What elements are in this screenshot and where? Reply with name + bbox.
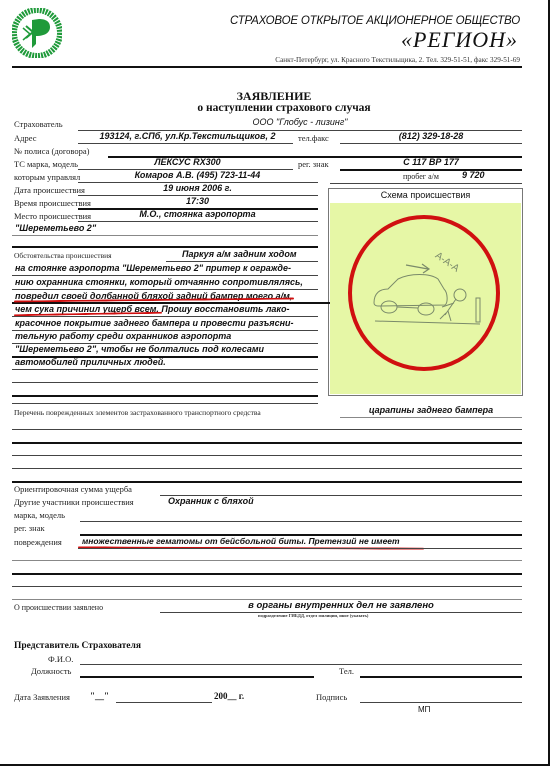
time-value[interactable]: 17:30: [80, 196, 315, 206]
participants-value[interactable]: Охранник с бляхой: [168, 496, 254, 506]
policy-label: № полиса (договора): [14, 146, 89, 156]
circumstances-line-9[interactable]: автомобилей приличных людей.: [15, 357, 166, 367]
header-divider: [12, 66, 522, 68]
insurer-label: Страхователь: [14, 119, 63, 129]
stamp-label: МП: [418, 705, 430, 714]
date-value[interactable]: 19 июня 2006 г.: [80, 183, 315, 193]
damage-label: Перечень поврежденных элементов застрахо…: [14, 408, 261, 417]
fio-label: Ф.И.О.: [48, 654, 73, 664]
place-value-continued[interactable]: "Шереметьево 2": [15, 223, 96, 233]
insurer-value[interactable]: ООО "Глобус - лизинг": [80, 117, 520, 127]
tel-line: [360, 676, 522, 678]
driver-value[interactable]: Комаров А.В. (495) 723-11-44: [80, 170, 315, 180]
phone-value[interactable]: (812) 329-18-28: [340, 131, 522, 141]
sum-label: Ориентировочная сумма ущерба: [14, 484, 132, 494]
phone-label: тел.факс: [298, 133, 329, 143]
insurance-claim-form: СТРАХОВОЕ ОТКРЫТОЕ АКЦИОНЕРНОЕ ОБЩЕСТВО …: [0, 0, 550, 766]
mileage-line: [330, 183, 522, 184]
company-address: Санкт-Петербург, ул. Красного Текстильщи…: [275, 56, 520, 64]
fio-line: [80, 664, 522, 665]
representative-heading: Представитель Страхователя: [14, 641, 141, 651]
circumstances-line-8[interactable]: "Шереметьево 2", чтобы не болтались под …: [15, 344, 264, 354]
driver-label: которым управлял: [14, 172, 80, 182]
tel-label: Тел.: [339, 666, 354, 676]
other-reg-label: рег. знак: [14, 523, 45, 533]
circumstances-rule-5: [12, 316, 318, 317]
other-rule-1: [12, 560, 522, 561]
participants-label: Другие участники происшествия: [14, 497, 134, 507]
other-rule-2: [12, 573, 522, 575]
damage-top-line: [12, 403, 318, 404]
address-line: [78, 143, 293, 144]
mileage-value[interactable]: 9 720: [462, 170, 485, 180]
damage-value-line: [340, 417, 522, 418]
circumstances-label: Обстоятельства происшествия: [14, 251, 112, 260]
circumstances-line-2[interactable]: на стоянке аэропорта "Шереметьево 2" при…: [15, 263, 291, 273]
circumstances-rule-2: [12, 275, 318, 276]
circumstances-top-line: [12, 246, 318, 248]
damage-rule-3: [12, 455, 522, 456]
reported-label: О происшествии заявлено: [14, 603, 103, 612]
signature-label: Подпись: [316, 692, 347, 702]
reg-value[interactable]: С 117 ВР 177: [340, 157, 522, 167]
other-rule-3: [12, 586, 522, 587]
vehicle-label: ТС марка, модель: [14, 159, 78, 169]
reg-label: рег. знак: [298, 159, 329, 169]
circumstances-rule-11: [12, 395, 318, 397]
other-model-label: марка, модель: [14, 510, 65, 520]
circumstances-line-7[interactable]: тельную работу среди охранников аэропорт…: [15, 331, 231, 341]
reported-hint: подразделение ГИБДД, отдел милиции, иное…: [258, 613, 368, 618]
position-line: [80, 676, 314, 678]
circumstances-line-3[interactable]: нию охранника стоянки, который отчаянно …: [15, 277, 303, 287]
application-date-year[interactable]: 200__ г.: [214, 691, 244, 701]
company-logo-icon: [12, 8, 62, 58]
other-damage-label: повреждения: [14, 537, 62, 547]
circumstances-rule-9: [12, 369, 318, 370]
scheme-photo: А-А-А: [330, 203, 521, 394]
position-label: Должность: [31, 666, 71, 676]
reported-value[interactable]: в органы внутренних дел не заявлено: [160, 600, 522, 611]
signature-line: [360, 702, 522, 703]
circumstances-rule-10: [12, 382, 318, 383]
scheme-box: Схема происшествия А-А-А: [328, 188, 523, 396]
vehicle-value[interactable]: ЛЕКСУС RX300: [80, 157, 295, 167]
place-line-2: [12, 235, 318, 236]
company-name: «РЕГИОН»: [401, 27, 518, 53]
phone-line: [340, 143, 522, 144]
damage-rule-1: [12, 429, 522, 430]
circumstances-rule-1: [166, 261, 318, 262]
place-value[interactable]: М.О., стоянка аэропорта: [80, 209, 315, 219]
address-label: Адрес: [14, 133, 36, 143]
other-damage-line: [78, 548, 522, 549]
damage-rule-5: [12, 481, 522, 483]
company-type: СТРАХОВОЕ ОТКРЫТОЕ АКЦИОНЕРНОЕ ОБЩЕСТВО: [230, 15, 520, 27]
reg-line: [340, 169, 522, 171]
other-damage-value[interactable]: множественные гематомы от бейсбольной би…: [82, 536, 400, 546]
mileage-label: пробег а/м: [403, 172, 439, 181]
svg-text:А-А-А: А-А-А: [433, 250, 461, 274]
application-date-month-line: [116, 702, 212, 703]
place-line: [78, 221, 318, 222]
date-label: Дата происшествия: [14, 185, 85, 195]
circumstances-rule-3: [12, 289, 318, 290]
damage-rule-2: [12, 442, 522, 444]
application-date-label: Дата Заявления: [14, 692, 70, 702]
address-value[interactable]: 193124, г.СПб, ул.Кр.Текстильщиков, 2: [80, 131, 295, 141]
damage-value[interactable]: царапины заднего бампера: [340, 405, 522, 415]
scheme-title: Схема происшествия: [329, 189, 522, 203]
circumstances-line-1[interactable]: Паркуя а/м задним ходом: [182, 249, 296, 259]
damage-rule-4: [12, 468, 522, 469]
circumstances-line-6[interactable]: красочное покрытие заднего бампера и про…: [15, 318, 294, 328]
accident-sketch-icon: А-А-А: [330, 203, 521, 394]
other-model-line: [80, 521, 522, 522]
application-date-day[interactable]: "__": [90, 691, 109, 701]
form-subtitle: о наступлении страхового случая: [20, 102, 548, 114]
